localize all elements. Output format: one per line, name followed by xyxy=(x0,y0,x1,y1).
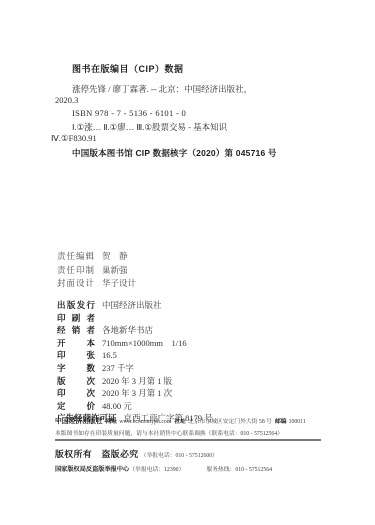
cip-record-number: 中国版本图书馆 CIP 数据核字（2020）第 045716 号 xyxy=(72,148,325,159)
postcode-label: 邮编 xyxy=(275,419,287,425)
publishing-value: 各地新华书店 xyxy=(102,325,153,335)
publisher-footer: 中国经济出版社网址www.economyph.com社址北京市东城区安定门外大街… xyxy=(55,417,355,439)
staff-value: 贺 静 xyxy=(102,251,128,261)
publisher-contact-line: 中国经济出版社网址www.economyph.com社址北京市东城区安定门外大街… xyxy=(55,417,355,427)
cip-header: 图书在版编目（CIP）数据 xyxy=(72,64,325,75)
publishing-value: 中国经济出版社 xyxy=(102,300,162,310)
divider-rule xyxy=(55,439,321,441)
staff-value: 华子设计 xyxy=(102,278,136,288)
publishing-row-sheets: 印张16.5 xyxy=(57,349,213,362)
publishing-row-distributor: 经销者各地新华书店 xyxy=(57,324,213,337)
copyright-block: 版权所有 盗版必究（举报电话：010 - 57512600） 国家版权局反盗版举… xyxy=(55,444,355,475)
staff-block: 责任编辑贺 静 责任印制巢新强 封面设计华子设计 xyxy=(57,250,136,291)
publishing-value: 2020 年 3 月第 1 次 xyxy=(102,388,172,398)
publishing-label: 开本 xyxy=(57,337,95,350)
copyright-notice-line: 版权所有 盗版必究（举报电话：010 - 57512600） xyxy=(55,444,355,462)
postcode-value: 100011 xyxy=(289,419,306,425)
staff-label: 封面设计 xyxy=(57,277,94,291)
cip-block: 图书在版编目（CIP）数据 涨停先锋 / 廖丁霖著. -- 北京：中国经济出版社… xyxy=(55,64,325,159)
copyright-page: 图书在版编目（CIP）数据 涨停先锋 / 廖丁霖著. -- 北京：中国经济出版社… xyxy=(0,0,375,525)
publishing-label: 印次 xyxy=(57,387,95,400)
publishing-label: 经销者 xyxy=(57,324,95,337)
service-hotline: 服务热线：010 - 57512564 xyxy=(206,467,272,473)
agency-report-phone: （举报电话：12390） xyxy=(129,467,184,473)
staff-value: 巢新强 xyxy=(102,265,128,275)
publishing-value: 2020 年 3 月第 1 版 xyxy=(102,376,172,386)
quality-note: 本版图书如存在印装质量问题，请与本社销售中心联系调换（联系电话：010 - 57… xyxy=(55,430,355,439)
publishing-row-price: 定价48.00 元 xyxy=(57,400,213,413)
copyright-report-phone: （举报电话：010 - 57512600） xyxy=(141,453,218,459)
publishing-label: 字数 xyxy=(57,362,95,375)
publishing-row-impression: 印次2020 年 3 月第 1 次 xyxy=(57,387,213,400)
publishing-row-edition: 版次2020 年 3 月第 1 版 xyxy=(57,375,213,388)
publishing-value: 48.00 元 xyxy=(102,401,132,411)
cip-isbn: ISBN 978 - 7 - 5136 - 6101 - 0 xyxy=(72,108,325,119)
publisher-name: 中国经济出版社 xyxy=(55,418,103,425)
publishing-label: 印刷者 xyxy=(57,312,95,325)
cip-entry-line2: 2020.3 xyxy=(55,95,325,106)
cip-classification-line2: Ⅳ.①F830.91 xyxy=(51,133,325,144)
staff-row-cover-design: 封面设计华子设计 xyxy=(57,277,136,291)
publishing-row-wordcount: 字数237 千字 xyxy=(57,362,213,375)
publishing-label: 印张 xyxy=(57,349,95,362)
publishing-label: 定价 xyxy=(57,400,95,413)
cip-entry-line1: 涨停先锋 / 廖丁霖著. -- 北京：中国经济出版社， xyxy=(72,84,325,95)
staff-row-editor: 责任编辑贺 静 xyxy=(57,250,136,264)
website-url: www.economyph.com xyxy=(119,419,171,425)
publishing-value: 710mm×1000mm 1/16 xyxy=(102,338,187,348)
staff-row-print-supervisor: 责任印制巢新强 xyxy=(57,264,136,278)
anti-piracy-agency: 国家版权局反盗版举报中心 xyxy=(55,466,129,473)
copyright-notice: 版权所有 盗版必究 xyxy=(55,449,139,459)
publishing-row-printer: 印刷者 xyxy=(57,312,213,325)
publishing-label: 出版发行 xyxy=(57,299,95,312)
publishing-row-publisher: 出版发行中国经济出版社 xyxy=(57,299,213,312)
cip-classification-line1: Ⅰ.①涨… Ⅱ.①廖… Ⅲ.①股票交易 - 基本知识 xyxy=(72,122,325,133)
staff-label: 责任编辑 xyxy=(57,250,94,264)
website-label: 网址 xyxy=(106,419,118,425)
publishing-label: 版次 xyxy=(57,375,95,388)
publishing-row-format: 开本710mm×1000mm 1/16 xyxy=(57,337,213,350)
publishing-value: 16.5 xyxy=(102,350,117,360)
address-text: 北京市东城区安定门外大街 58 号 xyxy=(188,419,272,425)
anti-piracy-line: 国家版权局反盗版举报中心（举报电话：12390）服务热线：010 - 57512… xyxy=(55,465,355,475)
staff-label: 责任印制 xyxy=(57,264,94,278)
publishing-block: 出版发行中国经济出版社 印刷者 经销者各地新华书店 开本710mm×1000mm… xyxy=(57,299,213,425)
publishing-value: 237 千字 xyxy=(102,363,134,373)
address-label: 社址 xyxy=(174,419,186,425)
